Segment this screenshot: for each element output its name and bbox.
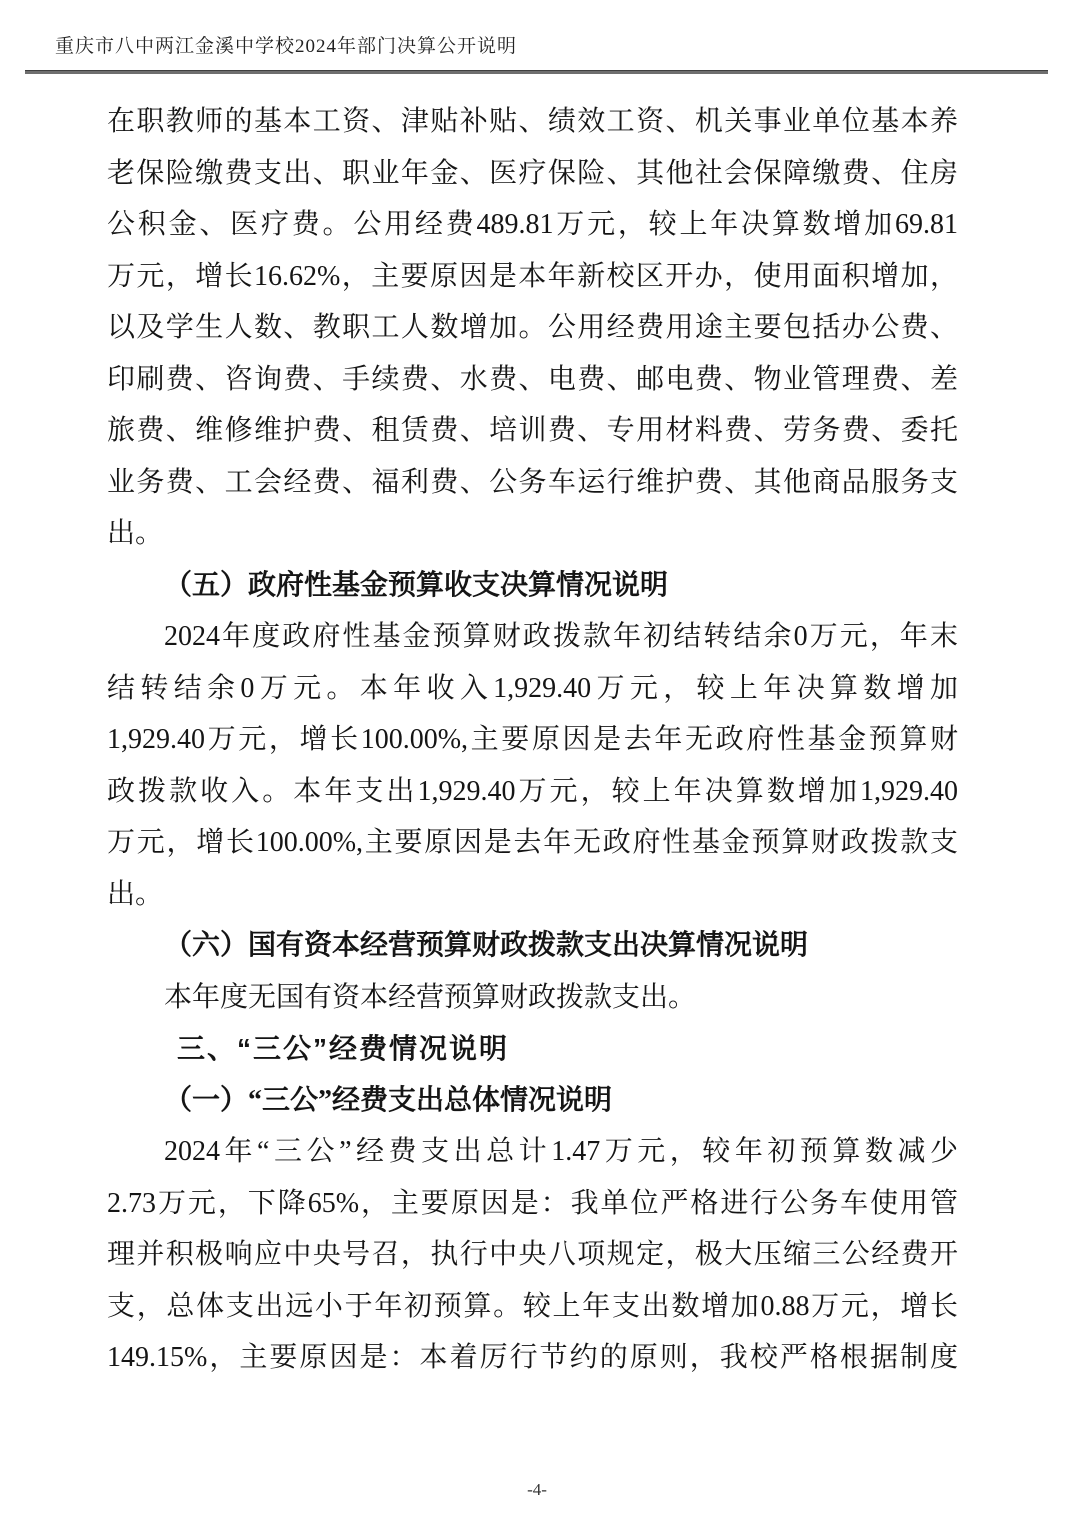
- document-page: 重庆市八中两江金溪中学校2024年部门决算公开说明 在职教师的基本工资、津贴补贴…: [0, 0, 1074, 1520]
- text-line: 本年度无国有资本经营预算财政拨款支出。: [107, 972, 958, 1024]
- text-line: 以及学生人数、教职工人数增加。公用经费用途主要包括办公费、: [107, 302, 958, 354]
- text-line: 万元，增长16.62%，主要原因是本年新校区开办，使用面积增加，: [107, 251, 958, 303]
- text-line: 149.15%，主要原因是：本着厉行节约的原则，我校严格根据制度: [107, 1332, 958, 1384]
- text-line: 2024年度政府性基金预算财政拨款年初结转结余0万元，年末: [107, 611, 958, 663]
- header-rule: [25, 70, 1048, 74]
- text-line: 印刷费、咨询费、手续费、水费、电费、邮电费、物业管理费、差: [107, 354, 958, 406]
- text-line: 2024年“三公”经费支出总计1.47万元，较年初预算数减少: [107, 1126, 958, 1178]
- page-footer: -4-: [0, 1480, 1074, 1500]
- text-line: 理并积极响应中央号召，执行中央八项规定，极大压缩三公经费开: [107, 1229, 958, 1281]
- text-line: 出。: [107, 869, 958, 921]
- text-line: 公积金、医疗费。公用经费489.81万元，较上年决算数增加69.81: [107, 199, 958, 251]
- text-line: 结转结余0万元。本年收入1,929.40万元，较上年决算数增加: [107, 663, 958, 715]
- document-body: 在职教师的基本工资、津贴补贴、绩效工资、机关事业单位基本养老保险缴费支出、职业年…: [107, 96, 958, 1384]
- section-heading: （六）国有资本经营预算财政拨款支出决算情况说明: [107, 920, 958, 972]
- text-line: 支，总体支出远小于年初预算。较上年支出数增加0.88万元，增长: [107, 1281, 958, 1333]
- text-line: 2.73万元，下降65%，主要原因是：我单位严格进行公务车使用管: [107, 1178, 958, 1230]
- text-line: 万元，增长100.00%,主要原因是去年无政府性基金预算财政拨款支: [107, 817, 958, 869]
- text-line: 老保险缴费支出、职业年金、医疗保险、其他社会保障缴费、住房: [107, 148, 958, 200]
- text-line: 在职教师的基本工资、津贴补贴、绩效工资、机关事业单位基本养: [107, 96, 958, 148]
- section-heading: 三、“三公”经费情况说明: [107, 1023, 958, 1075]
- text-line: 业务费、工会经费、福利费、公务车运行维护费、其他商品服务支: [107, 457, 958, 509]
- text-line: 旅费、维修维护费、租赁费、培训费、专用材料费、劳务费、委托: [107, 405, 958, 457]
- section-heading: （一）“三公”经费支出总体情况说明: [107, 1075, 958, 1127]
- text-line: 1,929.40万元，增长100.00%,主要原因是去年无政府性基金预算财: [107, 714, 958, 766]
- header-title: 重庆市八中两江金溪中学校2024年部门决算公开说明: [55, 31, 517, 58]
- text-line: 出。: [107, 508, 958, 560]
- page-number: -4-: [527, 1480, 547, 1499]
- section-heading: （五）政府性基金预算收支决算情况说明: [107, 560, 958, 612]
- text-line: 政拨款收入。本年支出1,929.40万元，较上年决算数增加1,929.40: [107, 766, 958, 818]
